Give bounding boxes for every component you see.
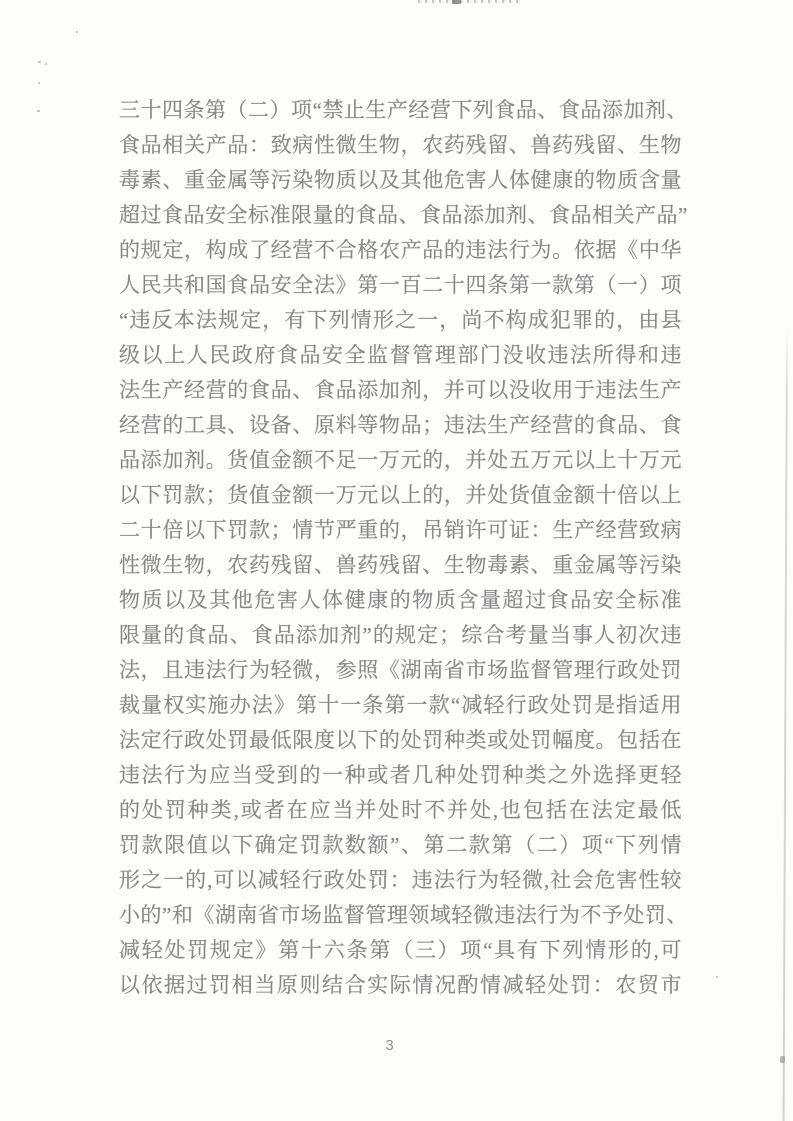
- text-line: 罚款限值以下确定罚款数额”、第二款第（二）项“下列情: [119, 828, 682, 863]
- scan-speck: [76, 31, 78, 33]
- text-line: 小的”和《湖南省市场监督管理领域轻微违法行为不予处罚、: [119, 898, 682, 933]
- text-line: 超过食品安全标准限量的食品、食品添加剂、食品相关产品”: [119, 198, 682, 233]
- scan-tick-artifact: [780, 1056, 785, 1063]
- text-line: 以依据过罚相当原则结合实际情况酌情减轻处罚：农贸市: [119, 968, 682, 1003]
- scan-speck: [45, 63, 47, 65]
- text-line: 形之一的,可以减轻行政处罚：违法行为轻微,社会危害性较: [119, 863, 682, 898]
- text-line: 的规定，构成了经营不合格农产品的违法行为。依据《中华: [119, 233, 682, 268]
- text-line: 三十四条第（二）项“禁止生产经营下列食品、食品添加剂、: [119, 93, 682, 128]
- scanned-document-page: 三十四条第（二）项“禁止生产经营下列食品、食品添加剂、食品相关产品：致病性微生物…: [0, 0, 793, 1121]
- scan-line-artifact: [783, 330, 788, 1121]
- page-number: 3: [0, 1037, 779, 1054]
- text-line: 级以上人民政府食品安全监督管理部门没收违法所得和违: [119, 338, 682, 373]
- scan-smudge: [418, 0, 522, 3]
- text-line: 品添加剂。货值金额不足一万元的，并处五万元以上十万元: [119, 443, 682, 478]
- text-line: 裁量权实施办法》第十一条第一款“减轻行政处罚是指适用: [119, 688, 682, 723]
- text-line: 物质以及其他危害人体健康的物质含量超过食品安全标准: [119, 583, 682, 618]
- scan-speck: [37, 110, 40, 112]
- text-line: “违反本法规定，有下列情形之一，尚不构成犯罪的，由县: [119, 303, 682, 338]
- text-line: 毒素、重金属等污染物质以及其他危害人体健康的物质含量: [119, 163, 682, 198]
- text-line: 法定行政处罚最低限度以下的处罚种类或处罚幅度。包括在: [119, 723, 682, 758]
- text-line: 食品相关产品：致病性微生物，农药残留、兽药残留、生物: [119, 128, 682, 163]
- document-body-text: 三十四条第（二）项“禁止生产经营下列食品、食品添加剂、食品相关产品：致病性微生物…: [119, 93, 682, 1003]
- text-line: 限量的食品、食品添加剂”的规定；综合考量当事人初次违: [119, 618, 682, 653]
- text-line: 违法行为应当受到的一种或者几种处罚种类之外选择更轻: [119, 758, 682, 793]
- scan-speck: [716, 976, 718, 978]
- text-line: 法，且违法行为轻微，参照《湖南省市场监督管理行政处罚: [119, 653, 682, 688]
- scan-smudge-blob: [452, 0, 461, 4]
- text-line: 减轻处罚规定》第十六条第（三）项“具有下列情形的,可: [119, 933, 682, 968]
- text-line: 人民共和国食品安全法》第一百二十四条第一款第（一）项: [119, 268, 682, 303]
- text-line: 经营的工具、设备、原料等物品；违法生产经营的食品、食: [119, 408, 682, 443]
- scan-speck: [38, 61, 41, 63]
- text-line: 的处罚种类,或者在应当并处时不并处,也包括在法定最低: [119, 793, 682, 828]
- text-line: 法生产经营的食品、食品添加剂，并可以没收用于违法生产: [119, 373, 682, 408]
- text-line: 性微生物，农药残留、兽药残留、生物毒素、重金属等污染: [119, 548, 682, 583]
- scan-speck: [38, 82, 40, 84]
- text-line: 二十倍以下罚款；情节严重的，吊销许可证：生产经营致病: [119, 513, 682, 548]
- text-line: 以下罚款；货值金额一万元以上的，并处货值金额十倍以上: [119, 478, 682, 513]
